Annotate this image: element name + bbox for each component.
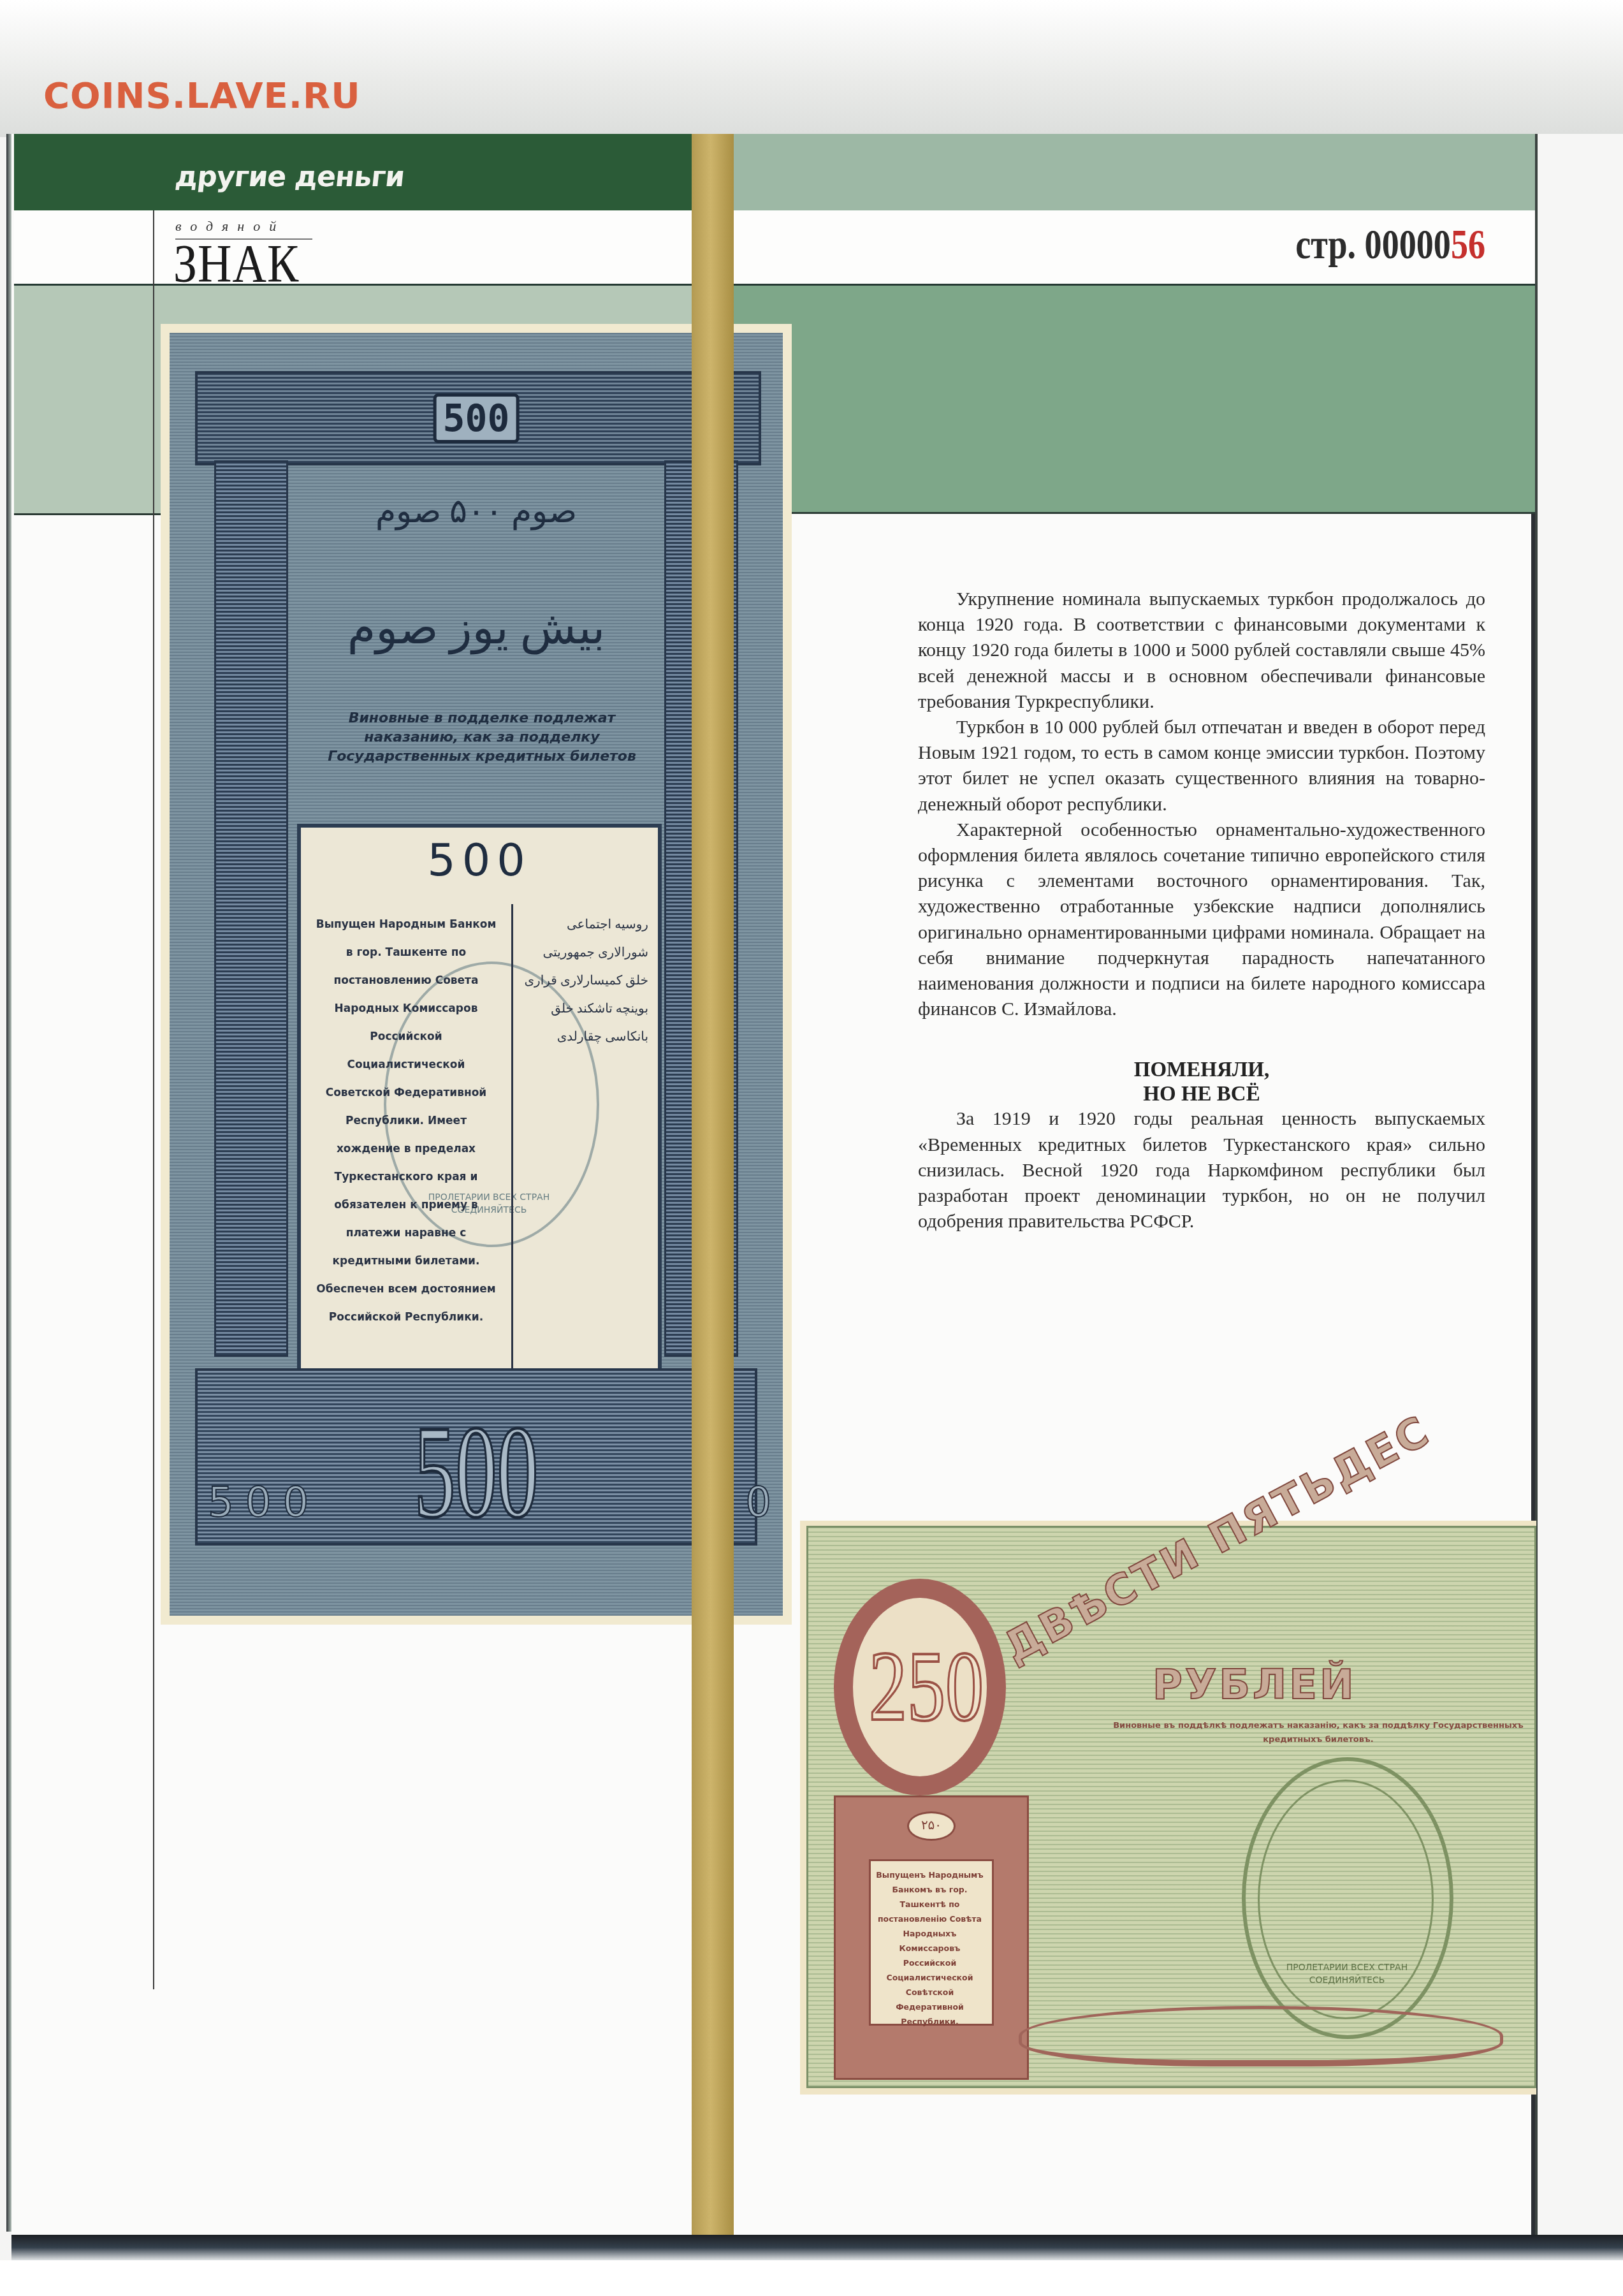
banknote-500-panel-arabic: روسیه اجتماعی شورالاری جمهوریتی خلق کمیس…: [521, 910, 648, 1051]
banknote-500-text-panel: ПРОЛЕТАРИИ ВСЕХ СТРАН СОЕДИНЯЙТЕСЬ 500 В…: [297, 824, 662, 1431]
subheading-line-1: ПОМЕНЯЛИ,: [1134, 1058, 1270, 1081]
banknote-500-denomination-big: 500: [414, 1396, 539, 1549]
article-paragraph: За 1919 и 1920 годы реальная ценность вы…: [918, 1106, 1485, 1234]
banknote-250-panel-text: Выпущенъ Народнымъ Банкомъ въ гор. Ташке…: [874, 1868, 986, 2029]
next-page-edge: [1535, 134, 1623, 2238]
banknote-500-panel-text: Выпущен Народным Банком в гор. Ташкенте …: [314, 910, 499, 1331]
article-paragraph: Укрупнение номинала выпускаемых туркбон …: [918, 587, 1485, 715]
banknote-500-panel-divider: [511, 904, 513, 1408]
magazine-logo: ЗНАК: [173, 237, 299, 291]
decor-band-right: [733, 286, 1535, 514]
scan-margin: [0, 2260, 1623, 2296]
article-body: Укрупнение номинала выпускаемых туркбон …: [918, 587, 1485, 1234]
column-rule: [153, 210, 154, 1989]
page-bottom-shadow: [11, 2235, 1623, 2260]
banknote-250-arabic-denomination: ۲۵۰: [907, 1811, 956, 1841]
banknote-500-background: 500 صوم ۵۰۰ صوم بيش يوز صوم Виновные в п…: [170, 333, 783, 1616]
section-title: другие деньги: [173, 161, 405, 193]
banknote-250-background: 250 ДВѢСТИ ПЯТЬДЕС РУБЛЕЙ Виновные въ по…: [806, 1526, 1536, 2088]
banknote-500-corner-left: 500: [208, 1479, 320, 1526]
banknote-500-arabic-words: بيش يوز صوم: [347, 601, 605, 655]
article-paragraph: Туркбон в 10 000 рублей был отпечатан и …: [918, 715, 1485, 817]
page-number-prefix: стр. 00000: [1295, 221, 1451, 268]
banknote-500-panel-denomination: 500: [427, 834, 532, 886]
banknote-500-warning: Виновные в подделке подлежат наказанию, …: [310, 709, 654, 766]
logo-subtitle: водяной: [175, 218, 285, 235]
header-band-right: [733, 134, 1535, 210]
ornament-scroll-icon: [1019, 2006, 1503, 2066]
article-subheading: ПОМЕНЯЛИ,НО НЕ ВСЁ: [918, 1058, 1485, 1106]
banknote-250-motto: ПРОЛЕТАРИИ ВСЕХ СТРАН СОЕДИНЯЙТЕСЬ: [1283, 1961, 1411, 1987]
banknote-250-title-line-2: РУБЛЕЙ: [1153, 1662, 1356, 1709]
subheading-line-2: НО НЕ ВСЁ: [1143, 1083, 1260, 1106]
banknote-500-denomination-top: 500: [433, 393, 520, 443]
site-watermark: COINS.LAVE.RU: [43, 75, 361, 117]
banknote-250-wreath-denomination: 250: [869, 1629, 984, 1743]
gold-stripe: [692, 134, 734, 2235]
banknote-500-column-left: [214, 460, 288, 1357]
article-paragraph: Характерной особенностью орнаментально-х…: [918, 817, 1485, 1023]
banknote-500-arabic-denomination: صوم ۵۰۰ صوم: [375, 492, 577, 530]
banknote-250-image: 250 ДВѢСТИ ПЯТЬДЕС РУБЛЕЙ Виновные въ по…: [800, 1521, 1536, 2095]
page-number: стр. 0000056: [1250, 219, 1485, 270]
page-number-suffix: 56: [1451, 221, 1485, 268]
banknote-250-warning: Виновные въ поддѣлкѣ подлежатъ наказанію…: [1089, 1719, 1548, 1747]
